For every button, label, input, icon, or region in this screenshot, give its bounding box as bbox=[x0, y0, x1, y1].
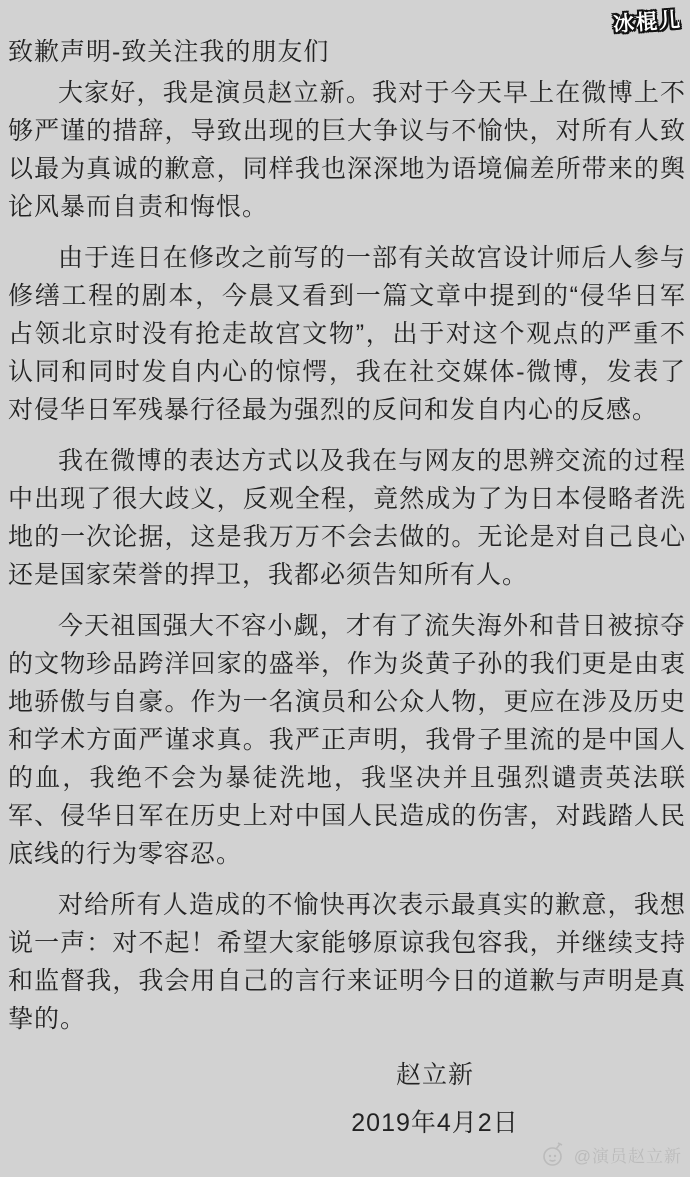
signature-date: 2019年4月2日 bbox=[96, 1099, 690, 1147]
watermark-bottom: @演员赵立新 bbox=[542, 1141, 682, 1167]
statement-paragraph-4: 今天祖国强大不容小觑，才有了流失海外和昔日被掠夺的文物珍品跨洋回家的盛举，作为炎… bbox=[8, 607, 686, 873]
watermark-handle-text: @演员赵立新 bbox=[574, 1142, 682, 1167]
watermark-logo-icon bbox=[542, 1141, 566, 1167]
statement-paragraph-1: 大家好，我是演员赵立新。我对于今天早上在微博上不够严谨的措辞，导致出现的巨大争议… bbox=[8, 74, 686, 226]
signature-name: 赵立新 bbox=[96, 1051, 690, 1099]
statement-page: 冰棍儿 致歉声明-致关注我的朋友们 大家好，我是演员赵立新。我对于今天早上在微博… bbox=[0, 0, 690, 1177]
signature-block: 赵立新 2019年4月2日 bbox=[96, 1051, 690, 1147]
statement-title: 致歉声明-致关注我的朋友们 bbox=[8, 33, 686, 71]
statement-paragraph-3: 我在微博的表达方式以及我在与网友的思辨交流的过程中出现了很大歧义，反观全程，竟然… bbox=[8, 442, 686, 594]
watermark-top-text: 冰棍儿 bbox=[612, 4, 683, 39]
statement-body: 大家好，我是演员赵立新。我对于今天早上在微博上不够严谨的措辞，导致出现的巨大争议… bbox=[8, 74, 686, 1038]
statement-paragraph-5: 对给所有人造成的不愉快再次表示最真实的歉意，我想说一声：对不起！希望大家能够原谅… bbox=[8, 886, 686, 1038]
statement-paragraph-2: 由于连日在修改之前写的一部有关故宫设计师后人参与修缮工程的剧本，今晨又看到一篇文… bbox=[8, 239, 686, 429]
